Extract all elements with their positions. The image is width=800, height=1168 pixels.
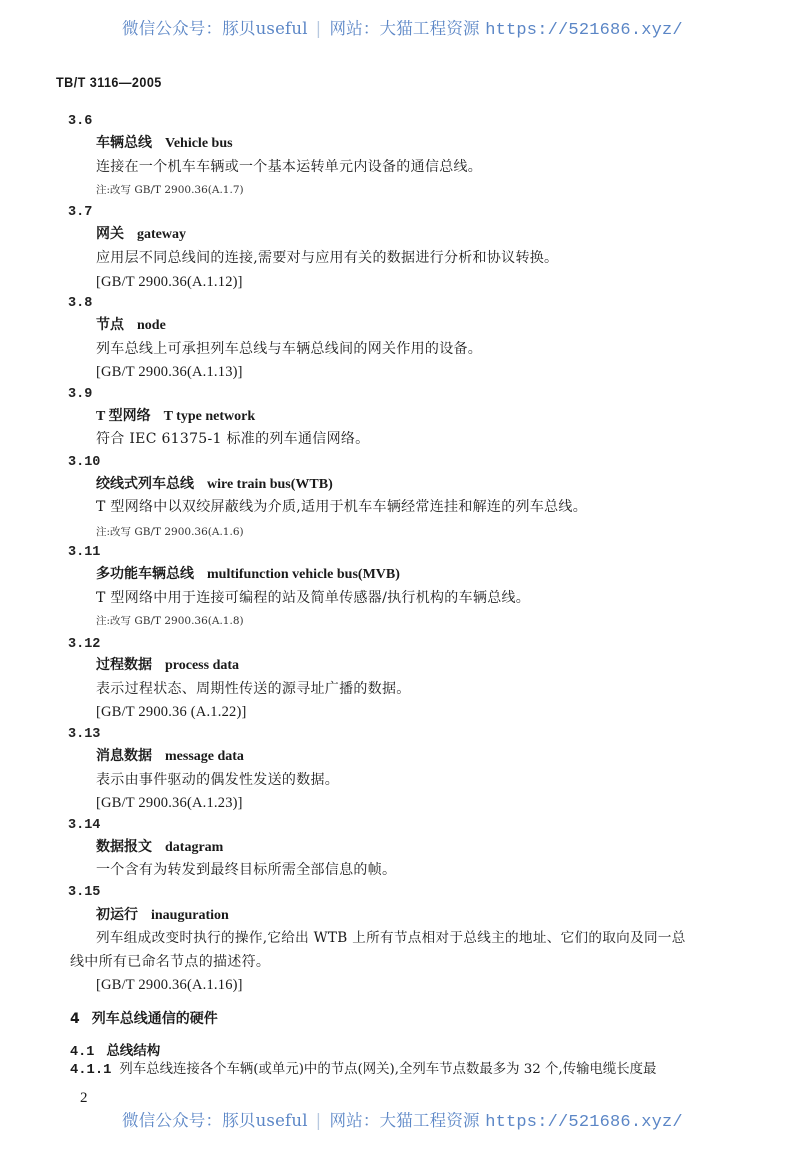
term-en: T type network [164,409,256,424]
clause-number: 3.8 [68,297,92,311]
term-heading: 车辆总线Vehicle bus [96,137,233,151]
term-definition: 列车总线上可承担列车总线与车辆总线间的网关作用的设备。 [96,342,482,356]
watermark-site-label: 网站：大猫工程资源 [329,19,479,38]
term-heading: 节点node [96,319,166,333]
term-heading: 绞线式列车总线wire train bus(WTB) [96,478,333,492]
term-zh: 数据报文 [96,840,152,855]
term-zh: 车辆总线 [96,136,152,151]
term-definition: 符合 IEC 61375-1 标准的列车通信网络。 [96,432,370,446]
section-4-heading: 4列车总线通信的硬件 [70,1012,218,1026]
term-definition: 表示过程状态、周期性传送的源寻址广播的数据。 [96,682,411,696]
clause-number: 3.13 [68,728,100,742]
term-note: 注:改写 GB/T 2900.36(A.1.8) [96,616,244,627]
term-en: message data [165,749,244,764]
term-note: 注:改写 GB/T 2900.36(A.1.7) [96,185,244,196]
term-en: datagram [165,840,223,855]
term-heading: T 型网络T type network [96,410,255,424]
term-zh: 过程数据 [96,658,152,673]
clause-number: 3.12 [68,638,100,652]
term-heading: 初运行inauguration [96,909,229,923]
term-reference: [GB/T 2900.36(A.1.12)] [96,275,243,290]
term-zh: T 型网络 [96,409,151,424]
term-definition: T 型网络中以双绞屏蔽线为介质,适用于机车车辆经常连挂和解连的列车总线。 [96,500,587,514]
term-zh: 多功能车辆总线 [96,567,194,582]
watermark-separator: | [316,1111,322,1130]
standard-code: TB/T 3116—2005 [56,75,162,89]
term-en: inauguration [151,908,229,923]
clause-number: 4.1.1 [70,1063,111,1078]
clause-number: 3.15 [68,886,100,900]
term-en: Vehicle bus [165,136,233,151]
clause-number: 3.11 [68,546,100,560]
term-heading: 过程数据process data [96,659,239,673]
term-en: multifunction vehicle bus(MVB) [207,567,400,582]
term-zh: 网关 [96,227,124,242]
term-definition: 一个含有为转发到最终目标所需全部信息的帧。 [96,863,396,877]
watermark-url[interactable]: https://521686.xyz/ [485,1113,683,1132]
watermark-top: 微信公众号：豚贝useful|网站：大猫工程资源 https://521686.… [122,21,683,39]
watermark-bottom: 微信公众号：豚贝useful|网站：大猫工程资源 https://521686.… [122,1113,683,1131]
clause-text: 列车总线连接各个车辆(或单元)中的节点(网关),全列车节点数最多为 32 个,传… [119,1062,656,1077]
term-reference: [GB/T 2900.36(A.1.16)] [96,978,243,993]
term-heading: 多功能车辆总线multifunction vehicle bus(MVB) [96,568,400,582]
watermark-site-label: 网站：大猫工程资源 [329,1111,479,1130]
term-definition: 应用层不同总线间的连接,需要对与应用有关的数据进行分析和协议转换。 [96,251,558,265]
clause-number: 3.9 [68,388,92,402]
clause-4-1-1: 4.1.1列车总线连接各个车辆(或单元)中的节点(网关),全列车节点数最多为 3… [70,1062,656,1078]
term-definition-line1: 列车组成改变时执行的操作,它给出 WTB 上所有节点相对于总线主的地址、它们的取… [96,932,686,946]
term-heading: 消息数据message data [96,750,244,764]
term-en: process data [165,658,239,673]
watermark-separator: | [316,19,322,38]
clause-number: 3.14 [68,819,100,833]
subsection-title: 总线结构 [106,1043,160,1059]
watermark-wechat: 微信公众号：豚贝useful [122,1111,308,1130]
term-heading: 数据报文datagram [96,841,223,855]
term-zh: 消息数据 [96,749,152,764]
term-reference: [GB/T 2900.36 (A.1.22)] [96,705,247,720]
term-zh: 节点 [96,318,124,333]
page-number: 2 [80,1091,88,1106]
term-en: node [137,318,166,333]
term-zh: 绞线式列车总线 [96,477,194,492]
watermark-url[interactable]: https://521686.xyz/ [485,21,683,40]
watermark-wechat: 微信公众号：豚贝useful [122,19,308,38]
term-reference: [GB/T 2900.36(A.1.23)] [96,796,243,811]
clause-number: 3.6 [68,115,92,129]
term-en: wire train bus(WTB) [207,477,333,492]
term-definition: 连接在一个机车车辆或一个基本运转单元内设备的通信总线。 [96,160,482,174]
clause-number: 3.10 [68,456,100,470]
term-definition: T 型网络中用于连接可编程的站及简单传感器/执行机构的车辆总线。 [96,591,530,605]
term-reference: [GB/T 2900.36(A.1.13)] [96,365,243,380]
clause-number: 3.7 [68,206,92,220]
subsection-4-1-heading: 4.1总线结构 [70,1045,160,1060]
term-heading: 网关gateway [96,228,186,242]
term-definition: 表示由事件驱动的偶发性发送的数据。 [96,773,339,787]
subsection-number: 4.1 [70,1045,94,1060]
section-title: 列车总线通信的硬件 [92,1011,218,1027]
term-note: 注:改写 GB/T 2900.36(A.1.6) [96,527,244,538]
term-en: gateway [137,227,186,242]
section-number: 4 [70,1011,80,1027]
term-zh: 初运行 [96,908,138,923]
term-definition-line2: 线中所有已命名节点的描述符。 [70,955,270,969]
